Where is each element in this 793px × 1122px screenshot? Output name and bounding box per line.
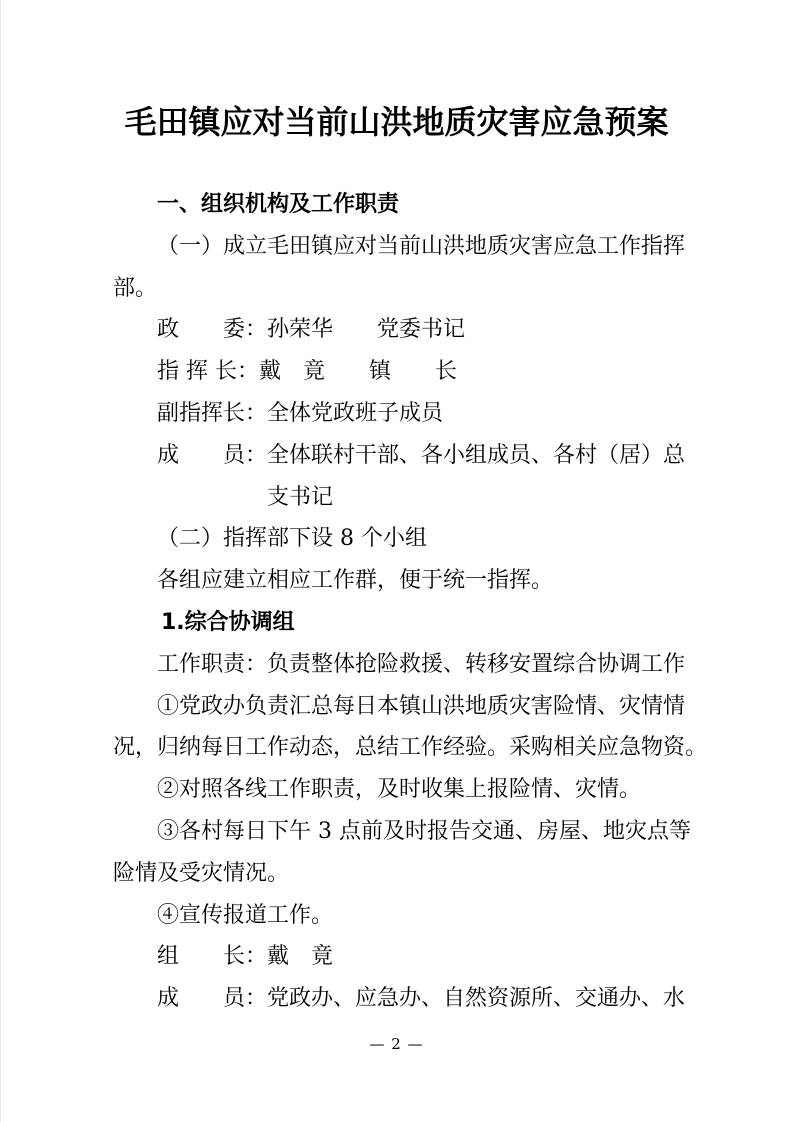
group1-item3-line1: ③各村每日下午 3 点前及时报告交通、房屋、地灾点等 xyxy=(113,811,680,853)
role-commander: 指 挥 长：戴 竟 镇 长 xyxy=(113,351,680,393)
document-body: 一、组织机构及工作职责 （一）成立毛田镇应对当前山洪地质灾害应急工作指挥 部。 … xyxy=(113,184,680,1020)
role-members-line2: 支书记 xyxy=(113,477,680,519)
paragraph-setup-command-line1: （一）成立毛田镇应对当前山洪地质灾害应急工作指挥 xyxy=(113,226,680,268)
group1-heading: 1.综合协调组 xyxy=(113,602,680,644)
paragraph-setup-command-line2: 部。 xyxy=(113,268,680,310)
group1-members: 成 员：党政办、应急办、自然资源所、交通办、水 xyxy=(113,978,680,1020)
role-political-commissar: 政 委：孙荣华 党委书记 xyxy=(113,309,680,351)
group1-item3-line2: 险情及受灾情况。 xyxy=(113,853,680,895)
document-page: 毛田镇应对当前山洪地质灾害应急预案 一、组织机构及工作职责 （一）成立毛田镇应对… xyxy=(0,0,793,1122)
role-deputy-commander: 副指挥长：全体党政班子成员 xyxy=(113,393,680,435)
group1-leader: 组 长：戴 竟 xyxy=(113,936,680,978)
group1-duty: 工作职责：负责整体抢险救援、转移安置综合协调工作 xyxy=(113,644,680,686)
group1-item4: ④宣传报道工作。 xyxy=(113,895,680,937)
section-heading-organization: 一、组织机构及工作职责 xyxy=(113,184,680,226)
group1-item1-line2: 况，归纳每日工作动态，总结工作经验。采购相关应急物资。 xyxy=(113,727,680,769)
group1-item1-line1: ①党政办负责汇总每日本镇山洪地质灾害险情、灾情情 xyxy=(113,686,680,728)
page-number: — 2 — xyxy=(0,1034,793,1054)
role-members-line1: 成 员：全体联村干部、各小组成员、各村（居）总 xyxy=(113,435,680,477)
note-work-groups: 各组应建立相应工作群，便于统一指挥。 xyxy=(113,560,680,602)
paragraph-eight-groups: （二）指挥部下设 8 个小组 xyxy=(113,518,680,560)
group1-item2: ②对照各线工作职责，及时收集上报险情、灾情。 xyxy=(113,769,680,811)
document-title: 毛田镇应对当前山洪地质灾害应急预案 xyxy=(0,99,793,145)
